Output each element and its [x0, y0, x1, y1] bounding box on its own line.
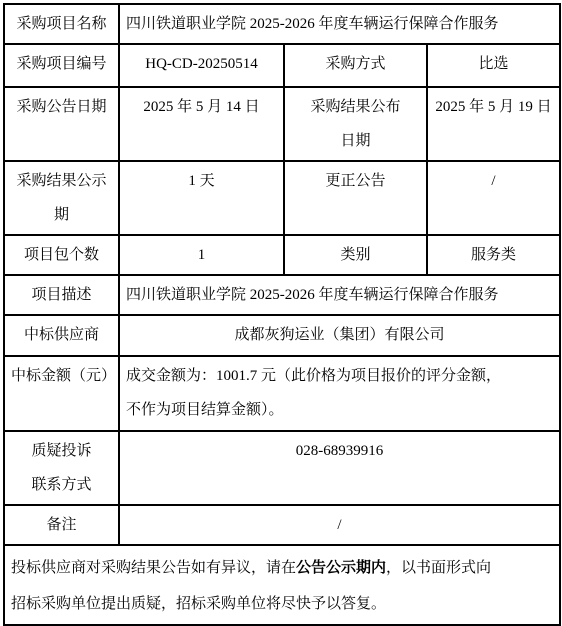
winning-amount-value: 成交金额为：1001.7 元（此价格为项目报价的评分金额， 不作为项目结算金额）…: [119, 356, 560, 431]
announcement-date-value: 2025 年 5 月 14 日: [119, 87, 284, 161]
project-name-value: 四川铁道职业学院 2025-2026 年度车辆运行保障合作服务: [119, 4, 560, 44]
package-count-value: 1: [119, 235, 284, 275]
project-name-label: 采购项目名称: [4, 4, 119, 44]
project-number-label: 采购项目编号: [4, 44, 119, 87]
complaint-contact-value: 028-68939916: [119, 431, 560, 505]
complaint-contact-label: 质疑投诉 联系方式: [4, 431, 119, 505]
dispute-notice-prefix: 投标供应商对采购结果公告如有异议，请在: [11, 560, 296, 576]
table-row: 采购项目编号 HQ-CD-20250514 采购方式 比选: [4, 44, 560, 87]
table-row: 采购公告日期 2025 年 5 月 14 日 采购结果公布 日期 2025 年 …: [4, 87, 560, 161]
dispute-notice-text: 投标供应商对采购结果公告如有异议，请在公告公示期内，以书面形式向 招标采购单位提…: [4, 545, 560, 625]
result-publish-date-value: 2025 年 5 月 19 日: [427, 87, 560, 161]
project-description-label: 项目描述: [4, 275, 119, 315]
table-row: 项目描述 四川铁道职业学院 2025-2026 年度车辆运行保障合作服务: [4, 275, 560, 315]
table-row: 项目包个数 1 类别 服务类: [4, 235, 560, 275]
table-row-footer: 投标供应商对采购结果公告如有异议，请在公告公示期内，以书面形式向 招标采购单位提…: [4, 545, 560, 625]
winning-supplier-label: 中标供应商: [4, 315, 119, 356]
table-row: 质疑投诉 联系方式 028-68939916: [4, 431, 560, 505]
remarks-label: 备注: [4, 505, 119, 545]
table-row: 备注 /: [4, 505, 560, 545]
result-publicity-period-label: 采购结果公示 期: [4, 161, 119, 235]
procurement-method-label: 采购方式: [284, 44, 427, 87]
remarks-value: /: [119, 505, 560, 545]
winning-amount-label: 中标金额（元）: [4, 356, 119, 431]
dispute-notice-bold-phrase: 公告公示期内: [296, 560, 386, 576]
table-row: 采购结果公示 期 1 天 更正公告 /: [4, 161, 560, 235]
procurement-result-table: 采购项目名称 四川铁道职业学院 2025-2026 年度车辆运行保障合作服务 采…: [3, 3, 561, 626]
correction-notice-value: /: [427, 161, 560, 235]
project-description-value: 四川铁道职业学院 2025-2026 年度车辆运行保障合作服务: [119, 275, 560, 315]
winning-supplier-value: 成都灰狗运业（集团）有限公司: [119, 315, 560, 356]
category-label: 类别: [284, 235, 427, 275]
result-publicity-period-value: 1 天: [119, 161, 284, 235]
procurement-method-value: 比选: [427, 44, 560, 87]
project-number-value: HQ-CD-20250514: [119, 44, 284, 87]
table-row: 采购项目名称 四川铁道职业学院 2025-2026 年度车辆运行保障合作服务: [4, 4, 560, 44]
package-count-label: 项目包个数: [4, 235, 119, 275]
announcement-date-label: 采购公告日期: [4, 87, 119, 161]
table-row: 中标金额（元） 成交金额为：1001.7 元（此价格为项目报价的评分金额， 不作…: [4, 356, 560, 431]
result-publish-date-label: 采购结果公布 日期: [284, 87, 427, 161]
category-value: 服务类: [427, 235, 560, 275]
table-row: 中标供应商 成都灰狗运业（集团）有限公司: [4, 315, 560, 356]
correction-notice-label: 更正公告: [284, 161, 427, 235]
